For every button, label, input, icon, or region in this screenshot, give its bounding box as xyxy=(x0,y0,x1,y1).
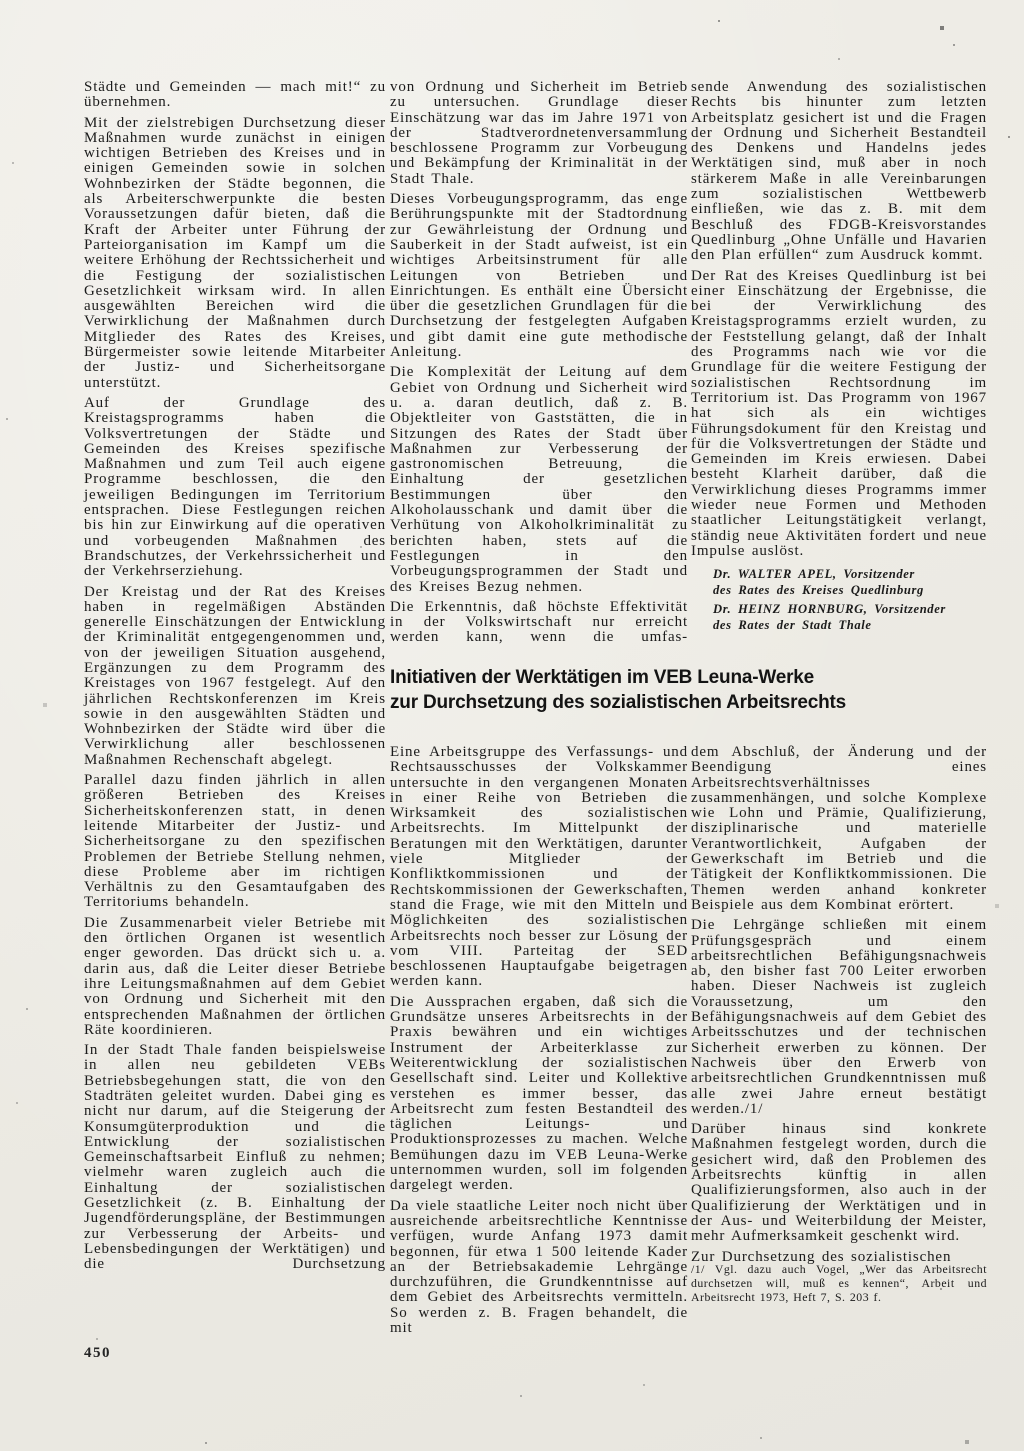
article2-title-line1: Initiativen der Werktätigen im VEB Leuna… xyxy=(390,666,990,691)
paragraph: Die Erkenntnis, daß höchste Effektivität… xyxy=(390,600,688,646)
article1-column-1: Städte und Gemeinden — mach mit!“ zu übe… xyxy=(84,80,386,1278)
paragraph: Die Lehrgänge schließen mit einem Prüfun… xyxy=(691,918,987,1117)
signature-name: Dr. HEINZ HORNBURG, Vorsitzender xyxy=(713,602,987,618)
paragraph: Der Rat des Kreises Quedlinburg ist bei … xyxy=(691,269,987,560)
signature-block: Dr. WALTER APEL, Vorsitzender des Rates … xyxy=(691,567,987,633)
article2-column-1: Eine Arbeitsgruppe des Verfassungs- und … xyxy=(390,745,688,1341)
article1-column-3: sende Anwendung des sozialistischen Rech… xyxy=(691,80,987,633)
paragraph: von Ordnung und Sicherheit im Betrieb zu… xyxy=(390,80,688,187)
paragraph: Die Aussprachen ergaben, daß sich die Gr… xyxy=(390,995,688,1194)
paragraph: Auf der Grundlage des Kreistagsprogramms… xyxy=(84,396,386,580)
paragraph: dem Abschluß, der Änderung und der Beend… xyxy=(691,745,987,913)
article2-column-2: dem Abschluß, der Änderung und der Beend… xyxy=(691,745,987,1270)
page-number: 450 xyxy=(84,1345,111,1362)
paragraph: Da viele staatliche Leiter noch nicht üb… xyxy=(390,1199,688,1337)
article2-title-line2: zur Durchsetzung des sozialistischen Arb… xyxy=(390,691,990,716)
paragraph: Parallel dazu finden jährlich in allen g… xyxy=(84,773,386,911)
paragraph: Der Kreistag und der Rat des Kreises hab… xyxy=(84,585,386,769)
signature-name: Dr. WALTER APEL, Vorsitzender xyxy=(713,567,987,583)
paragraph: sende Anwendung des sozialistischen Rech… xyxy=(691,80,987,264)
paragraph: Die Zusammenarbeit vieler Betriebe mit d… xyxy=(84,916,386,1038)
scan-noise-specks xyxy=(0,0,2,2)
paragraph: In der Stadt Thale fanden beispielsweise… xyxy=(84,1043,386,1272)
paragraph: Die Komplexität der Leitung auf dem Gebi… xyxy=(390,365,688,594)
article2-title: Initiativen der Werktätigen im VEB Leuna… xyxy=(390,666,990,715)
scanned-journal-page: Städte und Gemeinden — mach mit!“ zu übe… xyxy=(0,0,1024,1451)
article1-column-2: von Ordnung und Sicherheit im Betrieb zu… xyxy=(390,80,688,651)
paragraph: Eine Arbeitsgruppe des Verfassungs- und … xyxy=(390,745,688,990)
paragraph: Darüber hinaus sind konkrete Maßnahmen f… xyxy=(691,1122,987,1244)
paragraph: Mit der zielstrebigen Durchsetzung diese… xyxy=(84,116,386,391)
signature-title: des Rates der Stadt Thale xyxy=(713,618,987,634)
paragraph: Dieses Vorbeugungsprogramm, das enge Ber… xyxy=(390,192,688,360)
paragraph: Städte und Gemeinden — mach mit!“ zu übe… xyxy=(84,80,386,111)
footnote: /1/ Vgl. dazu auch Vogel, „Wer das Arbei… xyxy=(691,1262,987,1304)
signature-title: des Rates des Kreises Quedlinburg xyxy=(713,583,987,599)
